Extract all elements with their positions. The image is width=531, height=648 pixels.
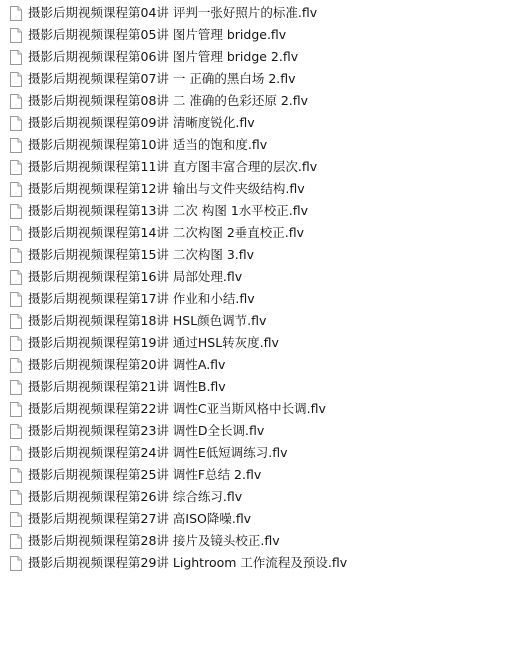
file-page-icon bbox=[10, 490, 22, 505]
file-name: 摄影后期视频课程第23讲 调性D全长调.flv bbox=[28, 423, 264, 439]
file-name: 摄影后期视频课程第21讲 调性B.flv bbox=[28, 379, 226, 395]
file-item[interactable]: 摄影后期视频课程第26讲 综合练习.flv bbox=[0, 486, 531, 508]
file-page-icon bbox=[10, 182, 22, 197]
file-item[interactable]: 摄影后期视频课程第16讲 局部处理.flv bbox=[0, 266, 531, 288]
file-page-icon bbox=[10, 314, 22, 329]
file-name: 摄影后期视频课程第18讲 HSL颜色调节.flv bbox=[28, 313, 266, 329]
file-page-icon bbox=[10, 270, 22, 285]
file-item[interactable]: 摄影后期视频课程第24讲 调性E低短调练习.flv bbox=[0, 442, 531, 464]
file-name: 摄影后期视频课程第20讲 调性A.flv bbox=[28, 357, 225, 373]
file-item[interactable]: 摄影后期视频课程第29讲 Lightroom 工作流程及预设.flv bbox=[0, 552, 531, 574]
file-item[interactable]: 摄影后期视频课程第21讲 调性B.flv bbox=[0, 376, 531, 398]
file-name: 摄影后期视频课程第25讲 调性F总结 2.flv bbox=[28, 467, 261, 483]
file-item[interactable]: 摄影后期视频课程第17讲 作业和小结.flv bbox=[0, 288, 531, 310]
file-page-icon bbox=[10, 380, 22, 395]
file-page-icon bbox=[10, 28, 22, 43]
file-item[interactable]: 摄影后期视频课程第05讲 图片管理 bridge.flv bbox=[0, 24, 531, 46]
file-name: 摄影后期视频课程第16讲 局部处理.flv bbox=[28, 269, 242, 285]
file-page-icon bbox=[10, 358, 22, 373]
file-name: 摄影后期视频课程第17讲 作业和小结.flv bbox=[28, 291, 255, 307]
file-name: 摄影后期视频课程第05讲 图片管理 bridge.flv bbox=[28, 27, 286, 43]
file-name: 摄影后期视频课程第12讲 输出与文件夹级结构.flv bbox=[28, 181, 305, 197]
file-item[interactable]: 摄影后期视频课程第22讲 调性C亚当斯风格中长调.flv bbox=[0, 398, 531, 420]
file-name: 摄影后期视频课程第15讲 二次构图 3.flv bbox=[28, 247, 254, 263]
file-name: 摄影后期视频课程第24讲 调性E低短调练习.flv bbox=[28, 445, 288, 461]
file-item[interactable]: 摄影后期视频课程第04讲 评判一张好照片的标准.flv bbox=[0, 2, 531, 24]
file-name: 摄影后期视频课程第04讲 评判一张好照片的标准.flv bbox=[28, 5, 317, 21]
file-name: 摄影后期视频课程第26讲 综合练习.flv bbox=[28, 489, 242, 505]
file-item[interactable]: 摄影后期视频课程第18讲 HSL颜色调节.flv bbox=[0, 310, 531, 332]
file-item[interactable]: 摄影后期视频课程第09讲 清晰度锐化.flv bbox=[0, 112, 531, 134]
file-item[interactable]: 摄影后期视频课程第06讲 图片管理 bridge 2.flv bbox=[0, 46, 531, 68]
file-item[interactable]: 摄影后期视频课程第27讲 高ISO降噪.flv bbox=[0, 508, 531, 530]
file-item[interactable]: 摄影后期视频课程第20讲 调性A.flv bbox=[0, 354, 531, 376]
file-item[interactable]: 摄影后期视频课程第28讲 接片及镜头校正.flv bbox=[0, 530, 531, 552]
file-name: 摄影后期视频课程第19讲 通过HSL转灰度.flv bbox=[28, 335, 279, 351]
file-item[interactable]: 摄影后期视频课程第10讲 适当的饱和度.flv bbox=[0, 134, 531, 156]
file-name: 摄影后期视频课程第22讲 调性C亚当斯风格中长调.flv bbox=[28, 401, 326, 417]
file-item[interactable]: 摄影后期视频课程第23讲 调性D全长调.flv bbox=[0, 420, 531, 442]
file-page-icon bbox=[10, 160, 22, 175]
file-item[interactable]: 摄影后期视频课程第25讲 调性F总结 2.flv bbox=[0, 464, 531, 486]
file-page-icon bbox=[10, 468, 22, 483]
file-page-icon bbox=[10, 336, 22, 351]
file-page-icon bbox=[10, 446, 22, 461]
file-page-icon bbox=[10, 248, 22, 263]
file-page-icon bbox=[10, 6, 22, 21]
file-item[interactable]: 摄影后期视频课程第12讲 输出与文件夹级结构.flv bbox=[0, 178, 531, 200]
file-page-icon bbox=[10, 424, 22, 439]
file-name: 摄影后期视频课程第09讲 清晰度锐化.flv bbox=[28, 115, 255, 131]
file-page-icon bbox=[10, 204, 22, 219]
file-name: 摄影后期视频课程第27讲 高ISO降噪.flv bbox=[28, 511, 251, 527]
file-item[interactable]: 摄影后期视频课程第08讲 二 准确的色彩还原 2.flv bbox=[0, 90, 531, 112]
file-page-icon bbox=[10, 556, 22, 571]
file-page-icon bbox=[10, 292, 22, 307]
file-page-icon bbox=[10, 94, 22, 109]
file-item[interactable]: 摄影后期视频课程第13讲 二次 构图 1水平校正.flv bbox=[0, 200, 531, 222]
file-page-icon bbox=[10, 50, 22, 65]
file-item[interactable]: 摄影后期视频课程第14讲 二次构图 2垂直校正.flv bbox=[0, 222, 531, 244]
file-item[interactable]: 摄影后期视频课程第11讲 直方图丰富合理的层次.flv bbox=[0, 156, 531, 178]
file-page-icon bbox=[10, 72, 22, 87]
file-name: 摄影后期视频课程第28讲 接片及镜头校正.flv bbox=[28, 533, 280, 549]
file-item[interactable]: 摄影后期视频课程第19讲 通过HSL转灰度.flv bbox=[0, 332, 531, 354]
file-list: 摄影后期视频课程第04讲 评判一张好照片的标准.flv 摄影后期视频课程第05讲… bbox=[0, 2, 531, 574]
file-name: 摄影后期视频课程第10讲 适当的饱和度.flv bbox=[28, 137, 267, 153]
file-name: 摄影后期视频课程第08讲 二 准确的色彩还原 2.flv bbox=[28, 93, 308, 109]
file-item[interactable]: 摄影后期视频课程第15讲 二次构图 3.flv bbox=[0, 244, 531, 266]
file-page-icon bbox=[10, 116, 22, 131]
file-page-icon bbox=[10, 138, 22, 153]
file-page-icon bbox=[10, 512, 22, 527]
file-page-icon bbox=[10, 402, 22, 417]
file-name: 摄影后期视频课程第13讲 二次 构图 1水平校正.flv bbox=[28, 203, 308, 219]
file-page-icon bbox=[10, 534, 22, 549]
file-page-icon bbox=[10, 226, 22, 241]
file-name: 摄影后期视频课程第14讲 二次构图 2垂直校正.flv bbox=[28, 225, 304, 241]
file-name: 摄影后期视频课程第06讲 图片管理 bridge 2.flv bbox=[28, 49, 298, 65]
file-name: 摄影后期视频课程第07讲 一 正确的黑白场 2.flv bbox=[28, 71, 296, 87]
file-name: 摄影后期视频课程第11讲 直方图丰富合理的层次.flv bbox=[28, 159, 317, 175]
file-name: 摄影后期视频课程第29讲 Lightroom 工作流程及预设.flv bbox=[28, 555, 347, 571]
file-item[interactable]: 摄影后期视频课程第07讲 一 正确的黑白场 2.flv bbox=[0, 68, 531, 90]
